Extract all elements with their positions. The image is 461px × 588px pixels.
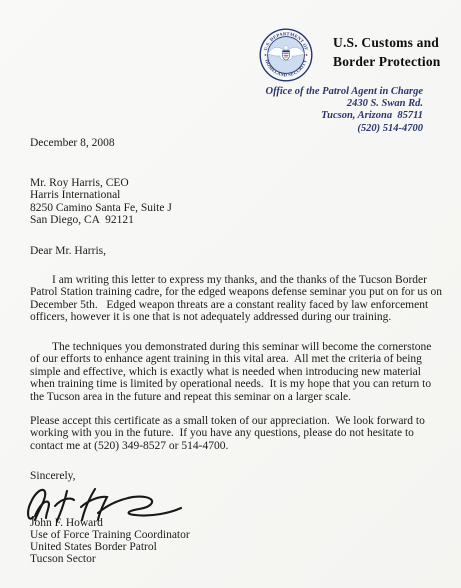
signer-title-line: Tucson Sector [30, 554, 442, 566]
body-paragraph-2: The techniques you demonstrated during t… [30, 341, 442, 403]
recipient-line: San Diego, CA 92121 [30, 214, 442, 226]
body-paragraph-1: I am writing this letter to express my t… [30, 274, 442, 324]
recipient-line: 8250 Camino Santa Fe, Suite J [30, 202, 442, 214]
agency-name-line2: Border Protection [333, 52, 441, 71]
signer-title-line: United States Border Patrol [30, 542, 442, 554]
signer-block: John F. Howard Use of Force Training Coo… [30, 518, 442, 566]
recipient-line: Mr. Roy Harris, CEO [30, 177, 442, 189]
dhs-seal-icon: U.S. DEPARTMENT OF HOMELAND SECURITY [259, 28, 313, 82]
office-address-block: Office of the Patrol Agent in Charge 243… [266, 86, 424, 135]
letter-date: December 8, 2008 [30, 137, 442, 149]
office-line: (520) 514-4700 [266, 123, 424, 135]
office-line: 2430 S. Swan Rd. [266, 98, 424, 110]
body-paragraph-3: Please accept this certificate as a smal… [30, 415, 442, 452]
office-line: Tucson, Arizona 85711 [266, 110, 424, 122]
recipient-address-block: Mr. Roy Harris, CEO Harris International… [30, 177, 442, 226]
recipient-line: Harris International [30, 189, 442, 201]
agency-name-line1: U.S. Customs and [333, 33, 441, 52]
closing: Sincerely, [30, 470, 442, 482]
office-line: Office of the Patrol Agent in Charge [266, 86, 424, 98]
letter-page: U.S. DEPARTMENT OF HOMELAND SECURITY U.S… [0, 0, 461, 588]
agency-name: U.S. Customs and Border Protection [333, 33, 441, 71]
salutation: Dear Mr. Harris, [30, 245, 442, 257]
